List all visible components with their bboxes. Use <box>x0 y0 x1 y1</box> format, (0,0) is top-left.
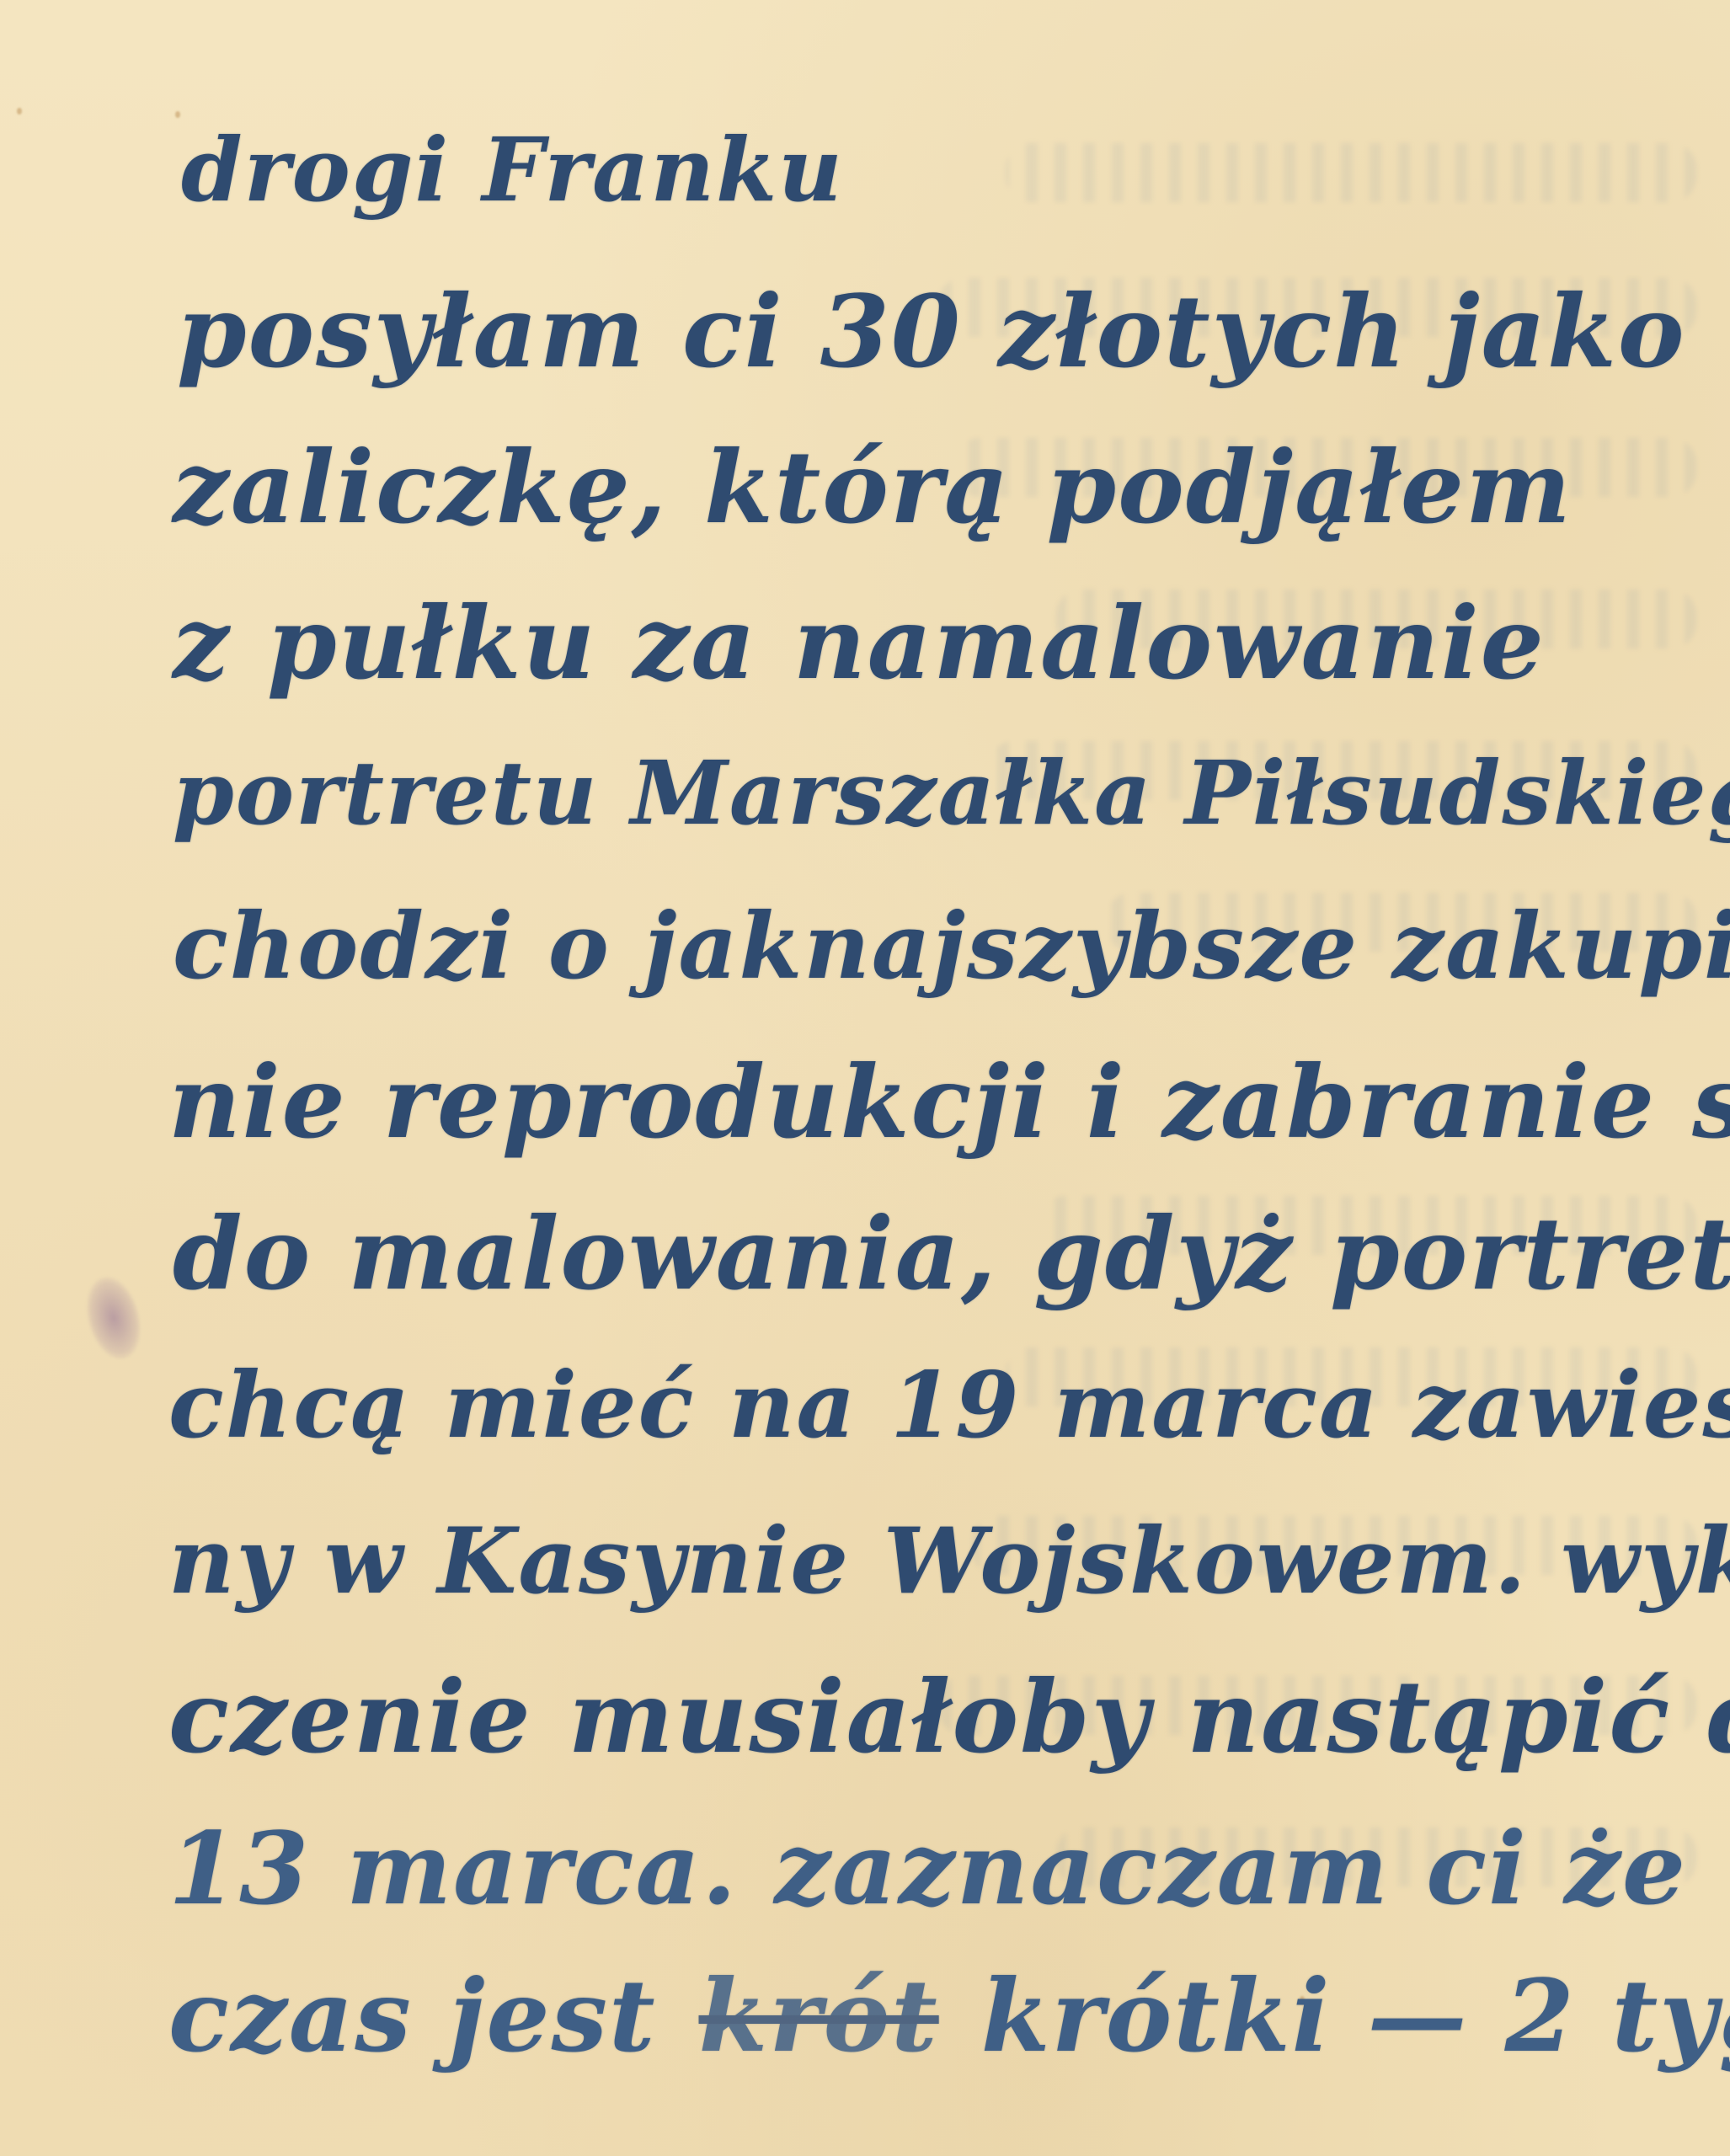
letter-line-2: zaliczkę, którą podjąłem <box>173 438 1572 537</box>
letter-line-7: do malowania, gdyż portret <box>173 1204 1730 1304</box>
letter-line-11: 13 marca. zaznaczam ci że <box>168 1819 1687 1919</box>
letter-body: drogi Franku posyłam ci 30 złotych jako … <box>0 0 1730 2156</box>
letter-line-12: czas jestkrótkrótki — 2 tygodnie <box>168 1967 1730 2066</box>
letter-line-4: portretu Marszałka Piłsudskiego <box>173 750 1730 837</box>
letter-line-1: posyłam ci 30 złotych jako <box>177 282 1686 382</box>
letter-page: drogi Franku posyłam ci 30 złotych jako … <box>0 0 1730 2156</box>
letter-line-6: nie reprodukcji i zabranie się <box>168 1053 1730 1152</box>
letter-line-3: z pułku za namalowanie <box>173 594 1546 693</box>
letter-line-8: chcą mieć na 19 marca zawieszo- <box>168 1360 1730 1451</box>
last-line-start: czas jest <box>168 1967 657 2066</box>
salutation: drogi Franku <box>181 126 844 214</box>
last-line-end: krótki — 2 tygodnie <box>981 1967 1730 2066</box>
crossed-out-word: krót <box>699 1967 939 2066</box>
letter-line-9: ny w Kasynie Wojskowem. wykoń- <box>168 1516 1730 1607</box>
letter-line-5: chodzi o jaknajszybsze zakupie- <box>173 901 1730 992</box>
letter-line-10: czenie musiałoby nastąpić do <box>168 1668 1730 1767</box>
